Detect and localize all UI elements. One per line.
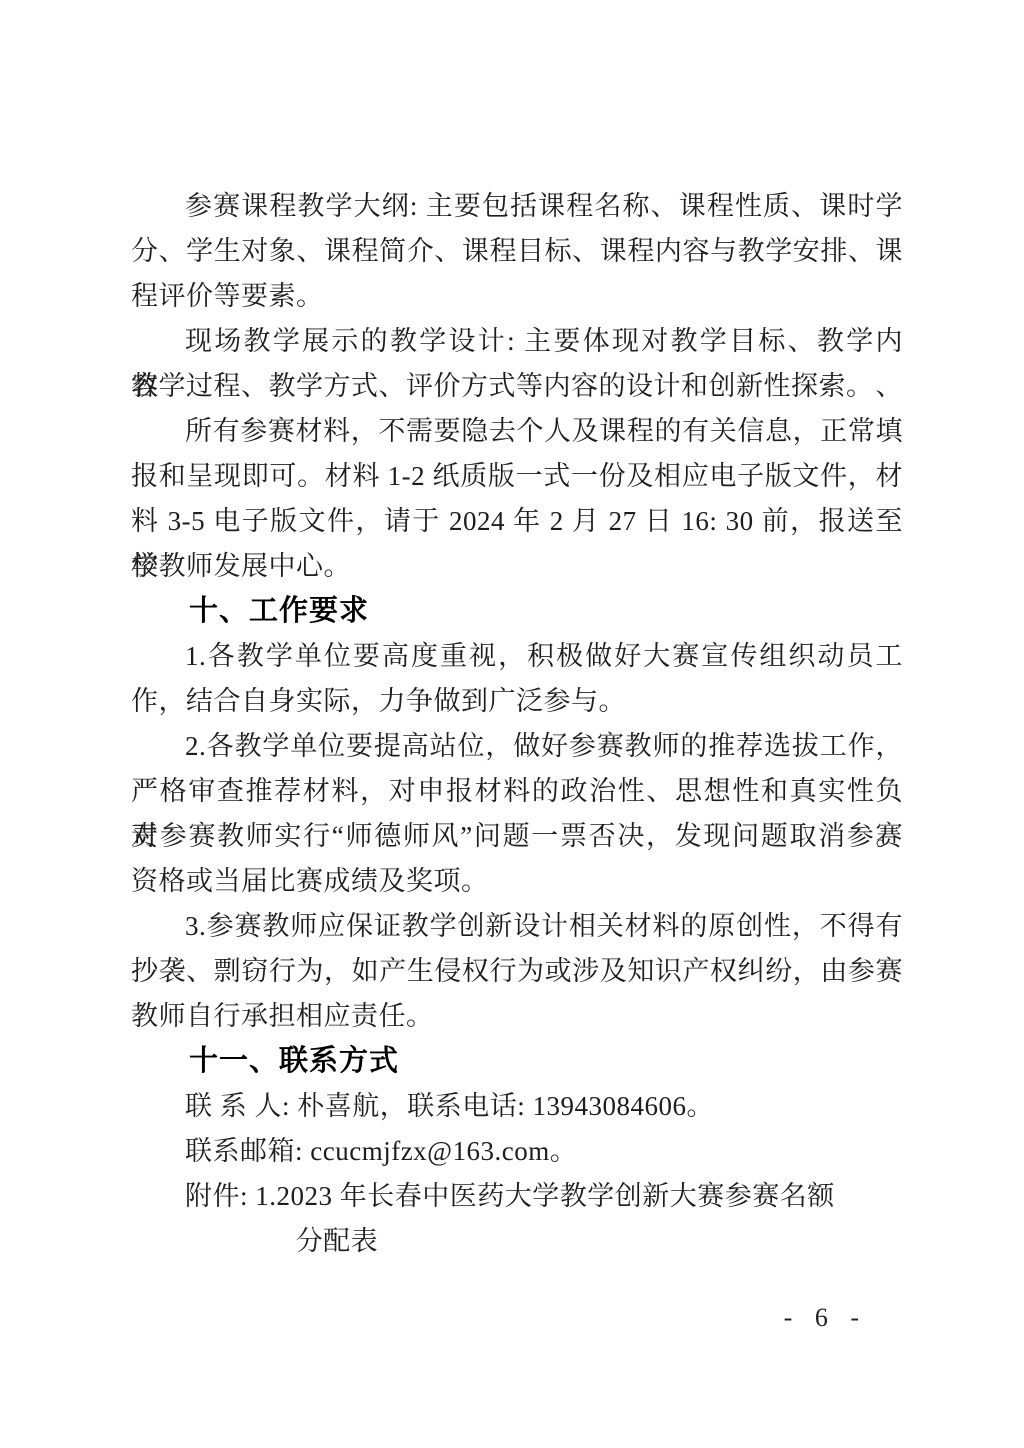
- text-line: 现场教学展示的教学设计: 主要体现对教学目标、教学内容、: [131, 319, 903, 364]
- para-materials-submission: 所有参赛材料，不需要隐去个人及课程的有关信息，正常填报和呈现即可。材料 1-2 …: [131, 409, 903, 589]
- text-line: 教学过程、教学方式、评价方式等内容的设计和创新性探索。: [131, 364, 903, 409]
- heading-work-requirements: 十、工作要求: [131, 589, 903, 634]
- para-attachment: 附件: 1.2023 年长春中医药大学教学创新大赛参赛名额分配表: [131, 1174, 903, 1264]
- document-page: 参赛课程教学大纲: 主要包括课程名称、课程性质、课时学分、学生对象、课程简介、课…: [0, 0, 1024, 1448]
- para-teaching-design: 现场教学展示的教学设计: 主要体现对教学目标、教学内容、教学过程、教学方式、评价…: [131, 319, 903, 409]
- text-line: 联 系 人: 朴喜航，联系电话: 13943084606。: [131, 1084, 903, 1129]
- text-line: 对参赛教师实行“师德师风”问题一票否决，发现问题取消参赛: [131, 814, 903, 859]
- text-line: 1.各教学单位要高度重视，积极做好大赛宣传组织动员工: [131, 634, 903, 679]
- para-contact-person: 联 系 人: 朴喜航，联系电话: 13943084606。: [131, 1084, 903, 1129]
- text-line: 抄袭、剽窃行为，如产生侵权行为或涉及知识产权纠纷，由参赛: [131, 949, 903, 994]
- para-requirement-1: 1.各教学单位要高度重视，积极做好大赛宣传组织动员工作，结合自身实际，力争做到广…: [131, 634, 903, 724]
- text-line: 2.各教学单位要提高站位，做好参赛教师的推荐选拔工作，: [131, 724, 903, 769]
- heading-contact-info: 十一、联系方式: [131, 1039, 903, 1084]
- para-contact-email: 联系邮箱: ccucmjfzx@163.com。: [131, 1129, 903, 1174]
- text-line: 分、学生对象、课程简介、课程目标、课程内容与教学安排、课: [131, 229, 903, 274]
- text-line: 分配表: [131, 1219, 903, 1264]
- text-line: 作，结合自身实际，力争做到广泛参与。: [131, 679, 903, 724]
- para-requirement-2: 2.各教学单位要提高站位，做好参赛教师的推荐选拔工作，严格审查推荐材料，对申报材…: [131, 724, 903, 904]
- para-course-syllabus: 参赛课程教学大纲: 主要包括课程名称、课程性质、课时学分、学生对象、课程简介、课…: [131, 184, 903, 319]
- text-line: 资格或当届比赛成绩及奖项。: [131, 859, 903, 904]
- text-line: 参赛课程教学大纲: 主要包括课程名称、课程性质、课时学: [131, 184, 903, 229]
- text-line: 报和呈现即可。材料 1-2 纸质版一式一份及相应电子版文件，材: [131, 454, 903, 499]
- document-body: 参赛课程教学大纲: 主要包括课程名称、课程性质、课时学分、学生对象、课程简介、课…: [131, 184, 903, 1264]
- text-line: 教师自行承担相应责任。: [131, 994, 903, 1039]
- text-line: 校教师发展中心。: [131, 544, 903, 589]
- text-line: 附件: 1.2023 年长春中医药大学教学创新大赛参赛名额: [131, 1174, 903, 1219]
- page-number: - 6 -: [784, 1303, 867, 1333]
- text-line: 严格审查推荐材料，对申报材料的政治性、思想性和真实性负责。: [131, 769, 903, 814]
- text-line: 所有参赛材料，不需要隐去个人及课程的有关信息，正常填: [131, 409, 903, 454]
- text-line: 程评价等要素。: [131, 274, 903, 319]
- para-requirement-3: 3.参赛教师应保证教学创新设计相关材料的原创性，不得有抄袭、剽窃行为，如产生侵权…: [131, 904, 903, 1039]
- text-line: 联系邮箱: ccucmjfzx@163.com。: [131, 1129, 903, 1174]
- text-line: 3.参赛教师应保证教学创新设计相关材料的原创性，不得有: [131, 904, 903, 949]
- text-line: 料 3-5 电子版文件，请于 2024 年 2 月 27 日 16: 30 前，…: [131, 499, 903, 544]
- page-number-text: - 6 -: [784, 1303, 867, 1332]
